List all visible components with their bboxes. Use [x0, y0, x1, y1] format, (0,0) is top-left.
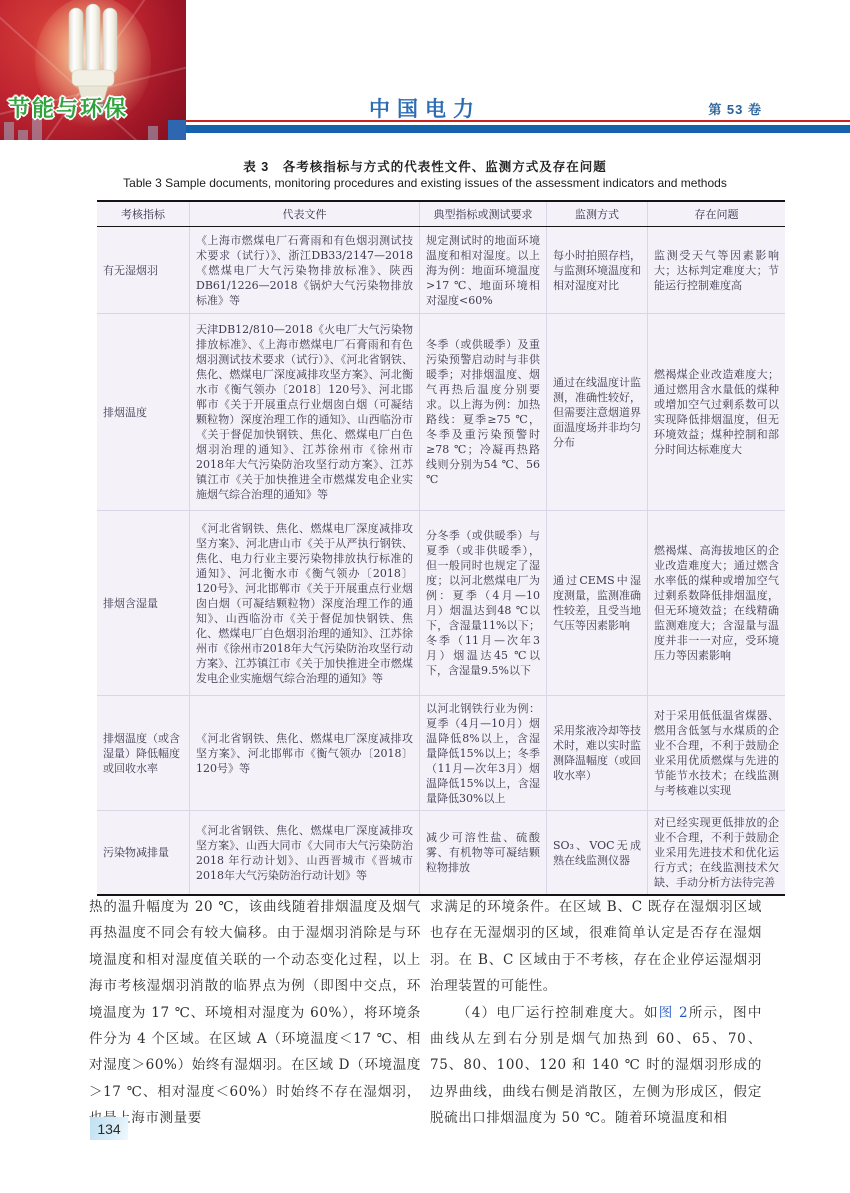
cell-issues: 监测受天气等因素影响大；达标判定难度大；节能运行控制难度高: [648, 227, 786, 314]
cell-documents: 《河北省钢铁、焦化、燃煤电厂深度减排攻坚方案》、河北唐山市《关于从严执行钢铁、焦…: [190, 511, 420, 696]
table-row: 排烟温度 天津DB12/810—2018《火电厂大气污染物排放标准》、《上海市燃…: [97, 314, 785, 511]
table-caption-en: Table 3 Sample documents, monitoring pro…: [0, 176, 850, 190]
col-header-issues: 存在问题: [648, 202, 786, 227]
cell-monitoring: 采用浆液冷却等技术时，难以实时监测降温幅度（或回收水率）: [547, 696, 648, 811]
table-row: 排烟含湿量 《河北省钢铁、焦化、燃煤电厂深度减排攻坚方案》、河北唐山市《关于从严…: [97, 511, 785, 696]
figure-2-link[interactable]: 图 2: [659, 1005, 689, 1021]
cell-indicator: 排烟含湿量: [97, 511, 190, 696]
assessment-table: 考核指标 代表文件 典型指标或测试要求 监测方式 存在问题 有无湿烟羽 《上海市…: [97, 200, 785, 896]
table-row: 有无湿烟羽 《上海市燃煤电厂石膏雨和有色烟羽测试技术要求（试行）》、浙江DB33…: [97, 227, 785, 314]
paragraph-text: （4）电厂运行控制难度大。如: [457, 1005, 659, 1021]
paragraph: 热的温升幅度为 20 ℃，该曲线随着排烟温度及烟气再热温度不同会有较大偏移。由于…: [89, 894, 421, 1132]
cell-requirements: 以河北钢铁行业为例：夏季（4月—10月）烟温降低8%以上，含湿量降低15%以上；…: [420, 696, 547, 811]
cell-documents: 《河北省钢铁、焦化、燃煤电厂深度减排攻坚方案》、河北邯郸市《衡气领办〔2018〕…: [190, 696, 420, 811]
cell-documents: 天津DB12/810—2018《火电厂大气污染物排放标准》、《上海市燃煤电厂石膏…: [190, 314, 420, 511]
cell-requirements: 分冬季（或供暖季）与夏季（或非供暖季），但一般同时也规定了湿度；以河北燃煤电厂为…: [420, 511, 547, 696]
cell-monitoring: SO₃、VOC无成熟在线监测仪器: [547, 811, 648, 895]
cell-requirements: 减少可溶性盐、硫酸雾、有机物等可凝结颗粒物排放: [420, 811, 547, 895]
cell-indicator: 排烟温度（或含湿量）降低幅度或回收水率: [97, 696, 190, 811]
paragraph: 求满足的环境条件。在区域 B、C 既存在湿烟羽区域也存在无湿烟羽的区域，很难简单…: [430, 894, 762, 1000]
paragraph: （4）电厂运行控制难度大。如图 2所示，图中曲线从左到右分别是烟气加热到 60、…: [430, 1000, 762, 1132]
page-number: 134: [90, 1117, 128, 1140]
body-column-left: 热的温升幅度为 20 ℃，该曲线随着排烟温度及烟气再热温度不同会有较大偏移。由于…: [89, 894, 421, 1132]
cell-documents: 《河北省钢铁、焦化、燃煤电厂深度减排攻坚方案》、山西大同市《大同市大气污染防治2…: [190, 811, 420, 895]
cell-issues: 燃褐煤、高海拔地区的企业改造难度大；通过燃含水率低的煤种或增加空气过剩系数降低排…: [648, 511, 786, 696]
cell-indicator: 污染物减排量: [97, 811, 190, 895]
cell-indicator: 排烟温度: [97, 314, 190, 511]
cell-requirements: 规定测试时的地面环境温度和相对湿度。以上海为例：地面环境温度>17 ℃、地面环境…: [420, 227, 547, 314]
paragraph-text: 所示，图中曲线从左到右分别是烟气加热到 60、65、70、75、80、100、1…: [430, 1005, 762, 1127]
cell-issues: 燃褐煤企业改造难度大；通过燃用含水量低的煤种或增加空气过剩系数可以实现降低排烟温…: [648, 314, 786, 511]
cell-documents: 《上海市燃煤电厂石膏雨和有色烟羽测试技术要求（试行）》、浙江DB33/2147—…: [190, 227, 420, 314]
cell-requirements: 冬季（或供暖季）及重污染预警启动时与非供暖季；对排烟温度、烟气再热后温度分别要求…: [420, 314, 547, 511]
col-header-documents: 代表文件: [190, 202, 420, 227]
cell-issues: 对已经实现更低排放的企业不合理，不利于鼓励企业采用先进技术和优化运行方式；在线监…: [648, 811, 786, 895]
cell-monitoring: 通过CEMS中湿度测量，监测准确性较差，且受当地气压等因素影响: [547, 511, 648, 696]
table-row: 污染物减排量 《河北省钢铁、焦化、燃煤电厂深度减排攻坚方案》、山西大同市《大同市…: [97, 811, 785, 895]
col-header-requirements: 典型指标或测试要求: [420, 202, 547, 227]
table-caption-zh: 表 3 各考核指标与方式的代表性文件、监测方式及存在问题: [0, 157, 850, 175]
cell-issues: 对于采用低低温省煤器、燃用含低氢与水煤质的企业不合理，不利于鼓励企业采用优质燃煤…: [648, 696, 786, 811]
volume-label: 第 53 卷: [708, 99, 762, 118]
cell-monitoring: 每小时拍照存档，与监测环境温度和相对湿度对比: [547, 227, 648, 314]
col-header-indicator: 考核指标: [97, 202, 190, 227]
cell-indicator: 有无湿烟羽: [97, 227, 190, 314]
table-row: 排烟温度（或含湿量）降低幅度或回收水率 《河北省钢铁、焦化、燃煤电厂深度减排攻坚…: [97, 696, 785, 811]
body-column-right: 求满足的环境条件。在区域 B、C 既存在湿烟羽区域也存在无湿烟羽的区域，很难简单…: [430, 894, 762, 1132]
header-rule-red: [186, 120, 850, 122]
header-rule-blue: [186, 125, 850, 133]
cell-monitoring: 通过在线温度计监测，准确性较好，但需要注意烟道界面温度场并非均匀分布: [547, 314, 648, 511]
table-header-row: 考核指标 代表文件 典型指标或测试要求 监测方式 存在问题: [97, 202, 785, 227]
col-header-monitoring: 监测方式: [547, 202, 648, 227]
